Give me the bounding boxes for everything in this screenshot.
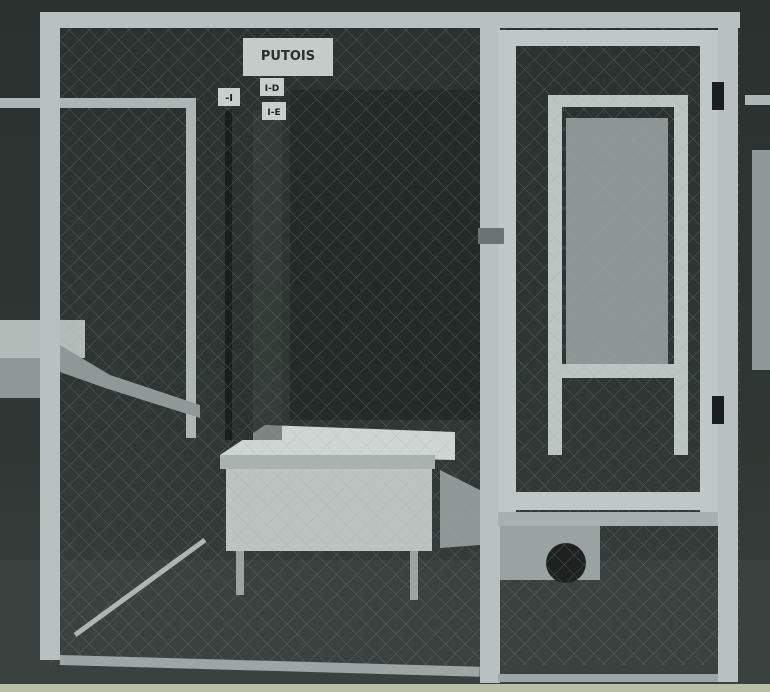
right-structure xyxy=(752,150,770,370)
tag-label: I-D xyxy=(265,84,280,94)
enclosure-photo: PUTOIS -I I-D I-E xyxy=(0,0,770,692)
sign-label: PUTOIS xyxy=(261,49,315,64)
hinge-icon xyxy=(712,396,724,424)
tag-label: I-E xyxy=(267,108,280,118)
latch-icon[interactable] xyxy=(478,228,504,244)
right-structure xyxy=(745,95,770,105)
species-sign: PUTOIS xyxy=(243,38,333,76)
wire-mesh xyxy=(50,25,740,665)
tag-label: -I xyxy=(225,93,233,104)
print-border xyxy=(0,684,770,692)
photo-illustration: PUTOIS -I I-D I-E xyxy=(0,0,770,692)
hinge-icon xyxy=(712,82,724,110)
